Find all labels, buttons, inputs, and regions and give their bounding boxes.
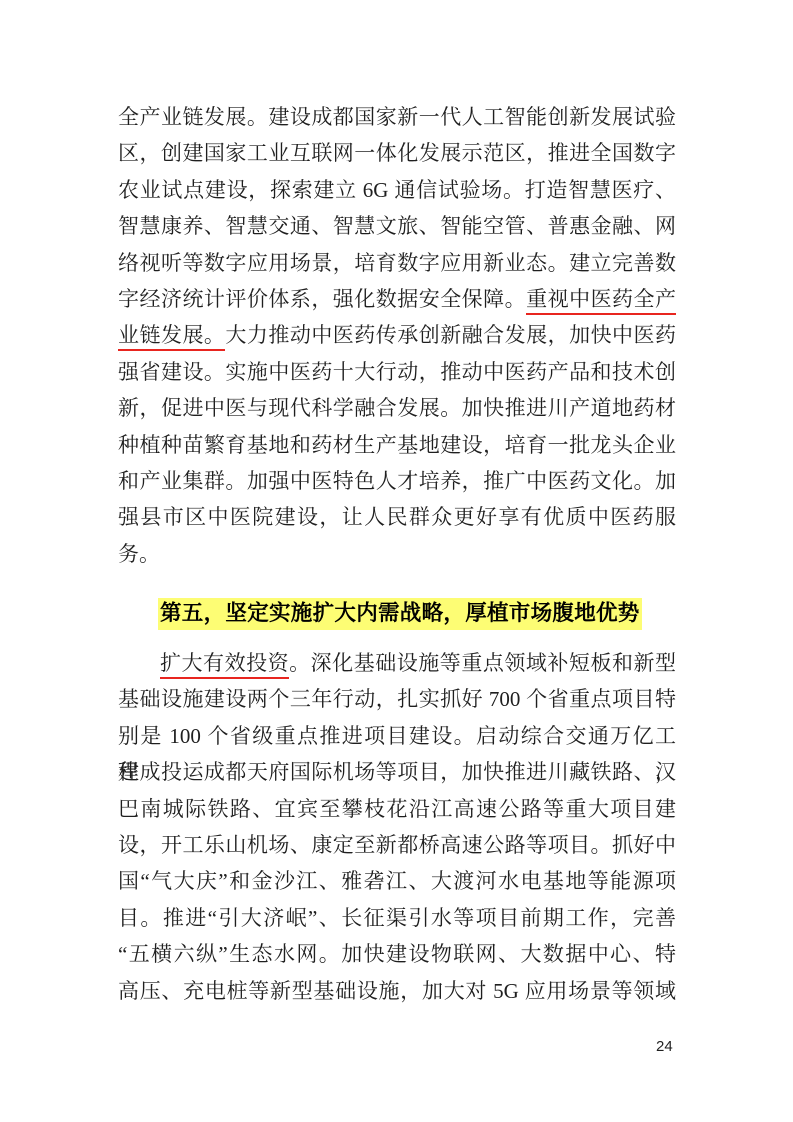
text-line: 强县市区中医院建设，让人民群众更好享有优质中医药服 [118, 499, 676, 535]
text-line: 务。 [118, 536, 676, 572]
text-line: 全产业链发展。建设成都国家新一代人工智能创新发展试验 [118, 99, 676, 135]
line-text: “五横六纵”生态水网。加快建设物联网、大数据中心、特 [118, 942, 676, 966]
line-text: 新，促进中医与现代科学融合发展。加快推进川产道地药材 [118, 396, 676, 420]
section-heading-five: 第五，坚定实施扩大内需战略，厚植市场腹地优势 [118, 593, 676, 633]
text-line: 业链发展。大力推动中医药传承创新融合发展，加快中医药 [118, 317, 676, 353]
text-line: 别是 100 个省级重点推进项目建设。启动综合交通万亿工程， [118, 718, 676, 754]
text-line: 农业试点建设，探索建立 6G 通信试验场。打造智慧医疗、 [118, 172, 676, 208]
text-line: 络视听等数字应用场景，培育数字应用新业态。建立完善数 [118, 245, 676, 281]
yellow-highlighted-heading-text: 第五，坚定实施扩大内需战略，厚植市场腹地优势 [158, 598, 642, 630]
red-underlined-text: 扩大有效投资 [160, 651, 289, 679]
line-text: 强省建设。实施中医药十大行动，推动中医药产品和技术创 [118, 360, 676, 384]
line-text: 农业试点建设，探索建立 6G 通信试验场。打造智慧医疗、 [118, 178, 676, 202]
line-text: 巴南城际铁路、宜宾至攀枝花沿江高速公路等重大项目建 [118, 797, 676, 821]
line-text: 区，创建国家工业互联网一体化发展示范区，推进全国数字 [118, 141, 676, 165]
page-body: 全产业链发展。建设成都国家新一代人工智能创新发展试验 区，创建国家工业互联网一体… [118, 99, 676, 1009]
line-text: 种植种苗繁育基地和药材生产基地建设，培育一批龙头企业 [118, 433, 676, 457]
text-line: 目。推进“引大济岷”、长征渠引水等项目前期工作，完善 [118, 900, 676, 936]
red-underlined-text: 业链发展。 [118, 323, 225, 351]
text-line: 设，开工乐山机场、康定至新都桥高速公路等项目。抓好中 [118, 827, 676, 863]
page-number: 24 [656, 1038, 673, 1055]
line-text: 基础设施建设两个三年行动，扎实抓好 700 个省重点项目特 [118, 687, 676, 711]
text-line: 巴南城际铁路、宜宾至攀枝花沿江高速公路等重大项目建 [118, 791, 676, 827]
line-text: 国“气大庆”和金沙江、雅砻江、大渡河水电基地等能源项 [118, 869, 676, 893]
paragraph-digital-economy-tcm: 全产业链发展。建设成都国家新一代人工智能创新发展试验 区，创建国家工业互联网一体… [118, 99, 676, 572]
text-line: 新，促进中医与现代科学融合发展。加快推进川产道地药材 [118, 390, 676, 426]
text-line: 国“气大庆”和金沙江、雅砻江、大渡河水电基地等能源项 [118, 863, 676, 899]
line-text: 建成投运成都天府国际机场等项目，加快推进川藏铁路、汉 [118, 760, 676, 784]
red-underlined-text: 重视中医药全产 [526, 287, 676, 315]
line-text: 强县市区中医院建设，让人民群众更好享有优质中医药服 [118, 505, 676, 529]
line-text: 和产业集群。加强中医特色人才培养，推广中医药文化。加 [118, 469, 676, 493]
text-line: 建成投运成都天府国际机场等项目，加快推进川藏铁路、汉 [118, 754, 676, 790]
line-text: 务。 [118, 542, 160, 566]
text-line: 区，创建国家工业互联网一体化发展示范区，推进全国数字 [118, 135, 676, 171]
text-line: 高压、充电桩等新型基础设施，加大对 5G 应用场景等领域 [118, 973, 676, 1009]
line-text: 络视听等数字应用场景，培育数字应用新业态。建立完善数 [118, 251, 676, 275]
line-text: 字经济统计评价体系，强化数据安全保障。 [118, 287, 526, 311]
document-page: 全产业链发展。建设成都国家新一代人工智能创新发展试验 区，创建国家工业互联网一体… [0, 0, 793, 1122]
line-text: 。深化基础设施等重点领域补短板和新型 [289, 651, 676, 675]
text-line: 智慧康养、智慧交通、智慧文旅、智能空管、普惠金融、网 [118, 208, 676, 244]
text-line: 种植种苗繁育基地和药材生产基地建设，培育一批龙头企业 [118, 427, 676, 463]
text-line: 字经济统计评价体系，强化数据安全保障。重视中医药全产 [118, 281, 676, 317]
line-text: 大力推动中医药传承创新融合发展，加快中医药 [225, 323, 676, 347]
line-text: 全产业链发展。建设成都国家新一代人工智能创新发展试验 [118, 105, 676, 129]
line-text: 目。推进“引大济岷”、长征渠引水等项目前期工作，完善 [118, 906, 676, 930]
text-line: 基础设施建设两个三年行动，扎实抓好 700 个省重点项目特 [118, 681, 676, 717]
text-line: 强省建设。实施中医药十大行动，推动中医药产品和技术创 [118, 354, 676, 390]
text-line: 和产业集群。加强中医特色人才培养，推广中医药文化。加 [118, 463, 676, 499]
line-text: 高压、充电桩等新型基础设施，加大对 5G 应用场景等领域 [118, 979, 676, 1003]
line-text: 智慧康养、智慧交通、智慧文旅、智能空管、普惠金融、网 [118, 214, 676, 238]
paragraph-expand-investment: 扩大有效投资。深化基础设施等重点领域补短板和新型 基础设施建设两个三年行动，扎实… [118, 645, 676, 1009]
line-text: 设，开工乐山机场、康定至新都桥高速公路等项目。抓好中 [118, 833, 676, 857]
text-line: “五横六纵”生态水网。加快建设物联网、大数据中心、特 [118, 936, 676, 972]
text-line: 扩大有效投资。深化基础设施等重点领域补短板和新型 [118, 645, 676, 681]
